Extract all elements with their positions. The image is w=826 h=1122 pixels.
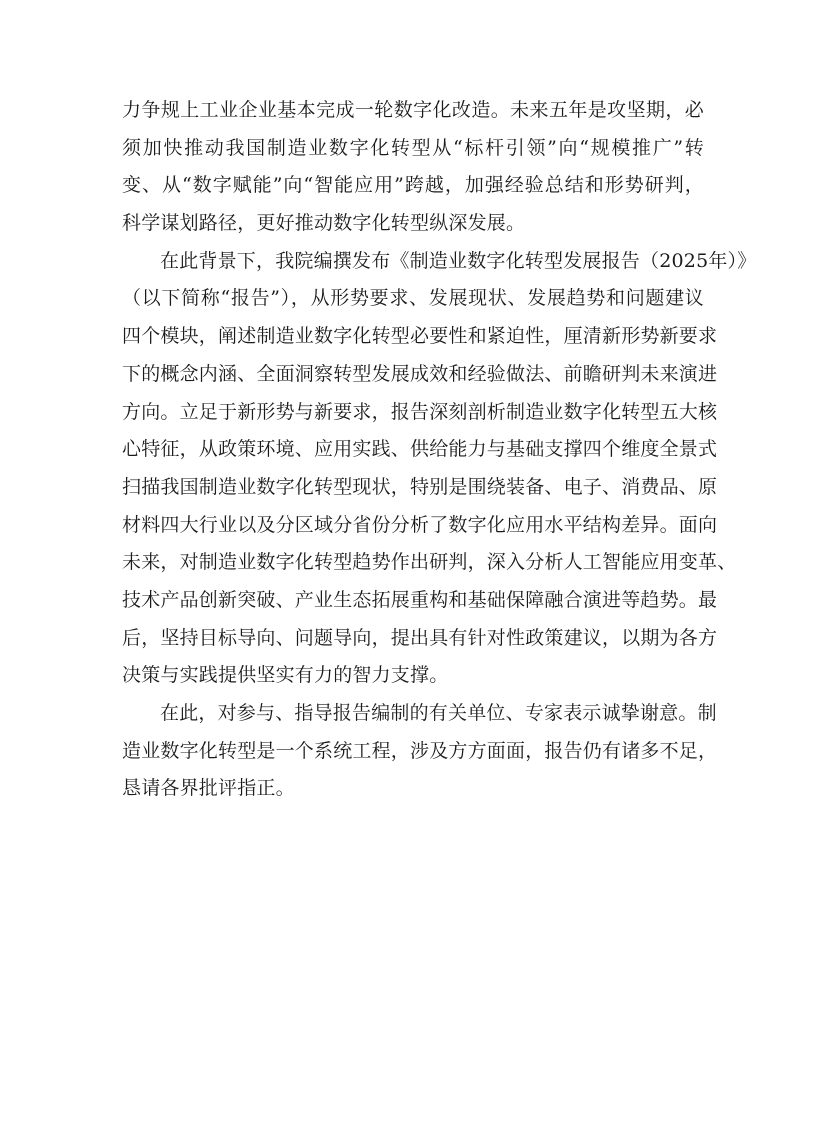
text-line: （以下简称“报告”），从形势要求、发展现状、发展趋势和问题建议 bbox=[122, 280, 704, 318]
text-line: 造业数字化转型是一个系统工程，涉及方方面面，报告仍有诸多不足， bbox=[122, 733, 704, 771]
text-line: 决策与实践提供坚实有力的智力支撑。 bbox=[122, 657, 704, 695]
text-line: 方向。立足于新形势与新要求，报告深刻剖析制造业数字化转型五大核 bbox=[122, 394, 704, 432]
text-line: 下的概念内涵、全面洞察转型发展成效和经验做法、前瞻研判未来演进 bbox=[122, 356, 704, 394]
text-line: 恳请各界批评指正。 bbox=[122, 770, 704, 808]
text-line: 科学谋划路径，更好推动数字化转型纵深发展。 bbox=[122, 205, 704, 243]
paragraph-report-overview: 在此背景下，我院编撰发布《制造业数字化转型发展报告（2025年）》 （以下简称“… bbox=[122, 243, 704, 695]
text-line: 四个模块，阐述制造业数字化转型必要性和紧迫性，厘清新形势新要求 bbox=[122, 318, 704, 356]
paragraph-acknowledgement: 在此，对参与、指导报告编制的有关单位、专家表示诚挚谢意。制 造业数字化转型是一个… bbox=[122, 695, 704, 808]
text-line: 未来，对制造业数字化转型趋势作出研判，深入分析人工智能应用变革、 bbox=[122, 544, 704, 582]
text-line: 心特征，从政策环境、应用实践、供给能力与基础支撑四个维度全景式 bbox=[122, 431, 704, 469]
paragraph-intro-continuation: 力争规上工业企业基本完成一轮数字化改造。未来五年是攻坚期，必 须加快推动我国制造… bbox=[122, 92, 704, 243]
text-line: 后，坚持目标导向、问题导向，提出具有针对性政策建议，以期为各方 bbox=[122, 620, 704, 658]
text-line: 变、从“数字赋能”向“智能应用”跨越，加强经验总结和形势研判， bbox=[122, 167, 704, 205]
text-line: 扫描我国制造业数字化转型现状，特别是围绕装备、电子、消费品、原 bbox=[122, 469, 704, 507]
text-line: 力争规上工业企业基本完成一轮数字化改造。未来五年是攻坚期，必 bbox=[122, 92, 704, 130]
text-line: 技术产品创新突破、产业生态拓展重构和基础保障融合演进等趋势。最 bbox=[122, 582, 704, 620]
document-body: 力争规上工业企业基本完成一轮数字化改造。未来五年是攻坚期，必 须加快推动我国制造… bbox=[122, 92, 704, 808]
document-page: 力争规上工业企业基本完成一轮数字化改造。未来五年是攻坚期，必 须加快推动我国制造… bbox=[0, 0, 826, 1122]
text-line: 在此，对参与、指导报告编制的有关单位、专家表示诚挚谢意。制 bbox=[122, 695, 704, 733]
text-line: 材料四大行业以及分区域分省份分析了数字化应用水平结构差异。面向 bbox=[122, 507, 704, 545]
text-line: 须加快推动我国制造业数字化转型从“标杆引领”向“规模推广”转 bbox=[122, 130, 704, 168]
text-line: 在此背景下，我院编撰发布《制造业数字化转型发展报告（2025年）》 bbox=[122, 243, 704, 281]
